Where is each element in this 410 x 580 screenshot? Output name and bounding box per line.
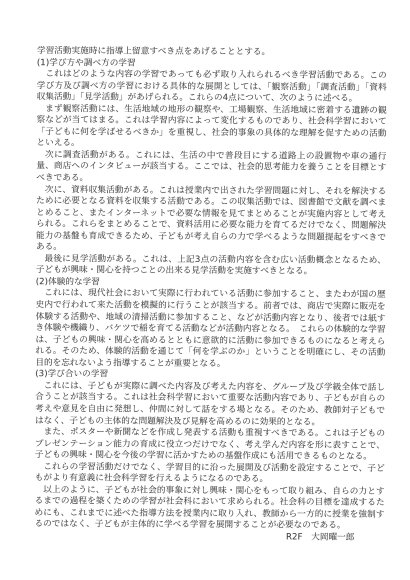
body-paragraph: これには、子どもが実際に調べた内容及び考えた内容を、グループ及び学級全体で話し合…	[35, 381, 385, 429]
scanned-document-page: 学習活動実施時に指導上留意すべき点をあげることとする。 (1)学び方や調べ方の学…	[34, 46, 387, 544]
body-paragraph: 次に調査活動がある。これには、生活の中で普段目にする道路上の設置物や車の通行量、…	[36, 150, 386, 186]
body-paragraph: 次に、資料収集活動がある。これは授業内で出された学習問題に対し、それを解決するた…	[36, 185, 386, 256]
body-paragraph: これらの学習活動だけでなく、学習目的に沿った展開及び活動を設定することで、子ども…	[35, 462, 385, 487]
body-paragraph: まず観察活動には、生活地域の地形の観察や、工場観察、生活地域に密着する遺跡の観察…	[36, 104, 386, 152]
body-paragraph: これには、現代社会において実際に行われている活動に参加すること、またわが国の歴史…	[35, 289, 385, 372]
body-paragraph: また、ポスターや新聞などを作成し発表する活動も重視すべきである。これは子どものプ…	[35, 427, 385, 463]
body-paragraph: これはどのような内容の学習であっても必ず取り入れられるべき学習活動である。この学…	[37, 69, 387, 105]
document-body: 学習活動実施時に指導上留意すべき点をあげることとする。 (1)学び方や調べ方の学…	[34, 46, 387, 544]
body-paragraph: 以上のように、子どもが社会的事象に対し興味・関心をもって取り組み、自らの力とする…	[34, 485, 384, 533]
body-paragraph: 最後に見学活動がある。これは、上記3点の活動内容を含む広い活動概念となるため、子…	[36, 254, 386, 279]
author-signature: R2F 大岡曜一郎	[34, 531, 384, 544]
